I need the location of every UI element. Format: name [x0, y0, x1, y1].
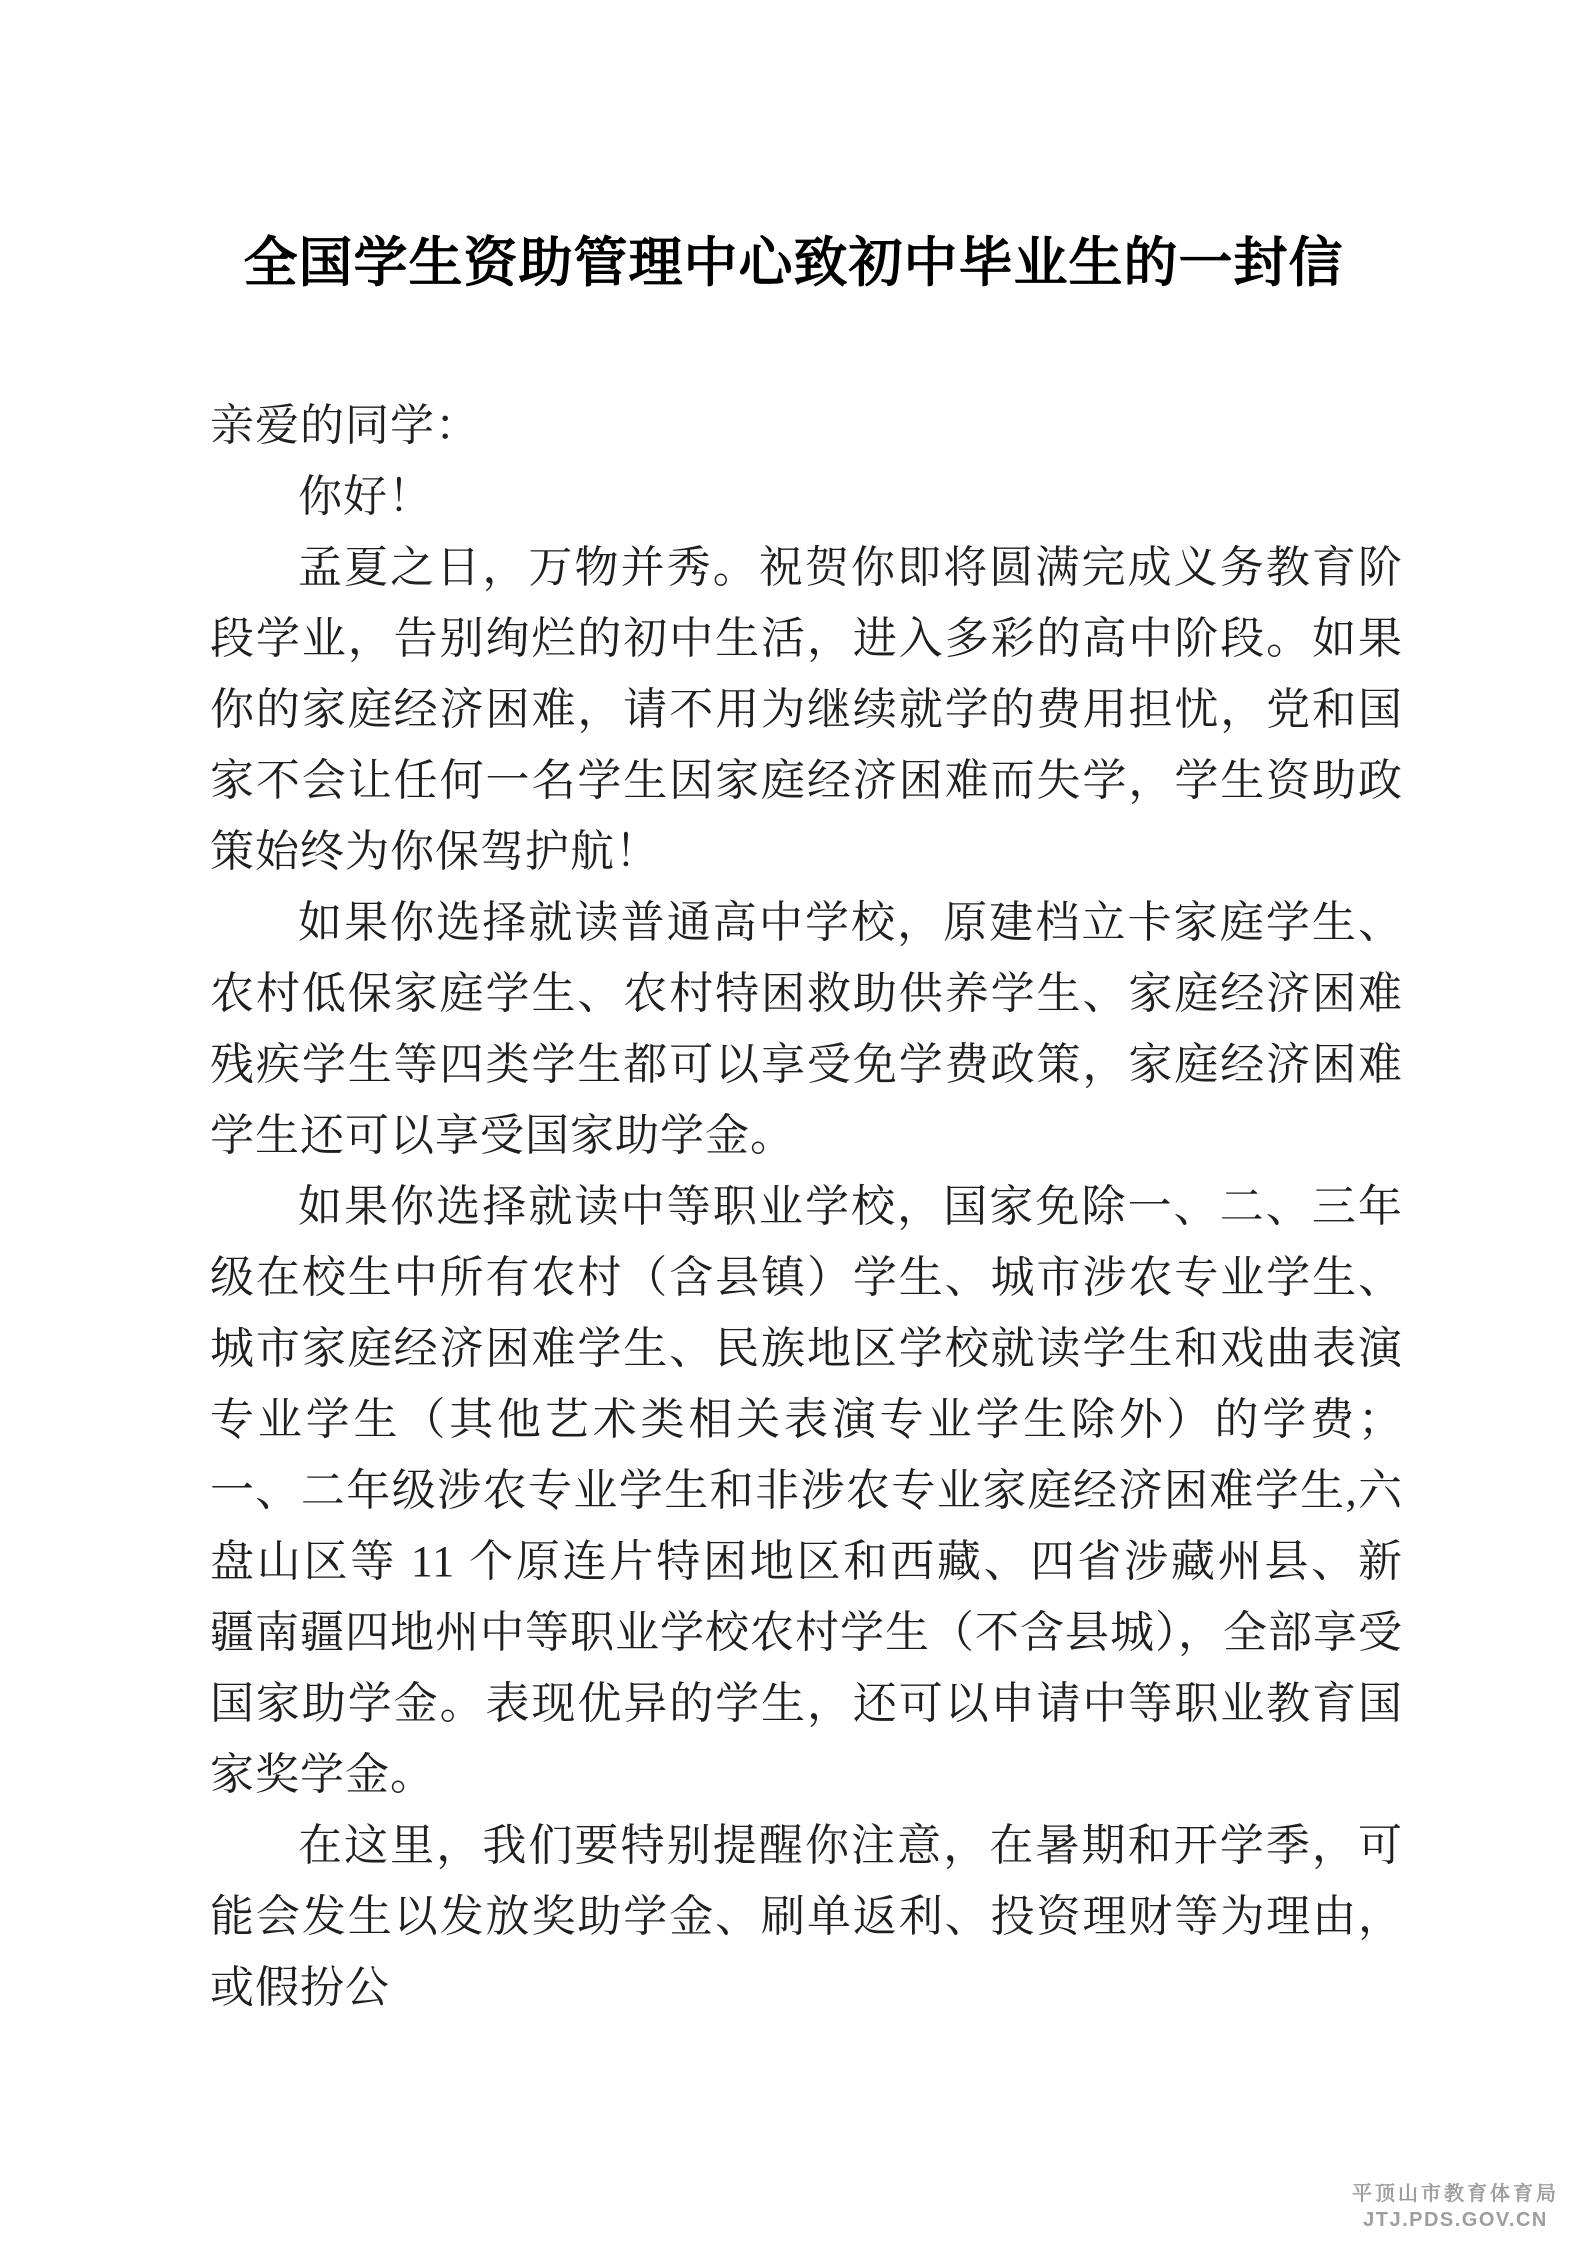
paragraph-fraud-warning: 在这里，我们要特别提醒你注意，在暑期和开学季，可能会发生以发放奖助学金、刷单返利… [210, 1810, 1403, 2023]
paragraph-vocational-school: 如果你选择就读中等职业学校，国家免除一、二、三年级在校生中所有农村（含县镇）学生… [210, 1171, 1403, 1810]
paragraph-regular-high-school: 如果你选择就读普通高中学校，原建档立卡家庭学生、农村低保家庭学生、农村特困救助供… [210, 887, 1403, 1171]
letter-title: 全国学生资助管理中心致初中毕业生的一封信 [0, 0, 1587, 296]
letter-page: 全国学生资助管理中心致初中毕业生的一封信 亲爱的同学： 你好！ 孟夏之日，万物并… [0, 0, 1587, 2245]
watermark-url-label: JTJ.PDS.GOV.CN [1352, 2207, 1559, 2233]
letter-body: 亲爱的同学： 你好！ 孟夏之日，万物并秀。祝贺你即将圆满完成义务教育阶段学业，告… [210, 390, 1403, 2023]
salutation: 亲爱的同学： [210, 390, 1403, 461]
paragraph-congratulations: 孟夏之日，万物并秀。祝贺你即将圆满完成义务教育阶段学业，告别绚烂的初中生活，进入… [210, 532, 1403, 887]
watermark-org-label: 平顶山市教育体育局 [1352, 2181, 1559, 2207]
paragraph-greeting: 你好！ [210, 461, 1403, 532]
watermark: 平顶山市教育体育局 JTJ.PDS.GOV.CN [1352, 2181, 1559, 2233]
